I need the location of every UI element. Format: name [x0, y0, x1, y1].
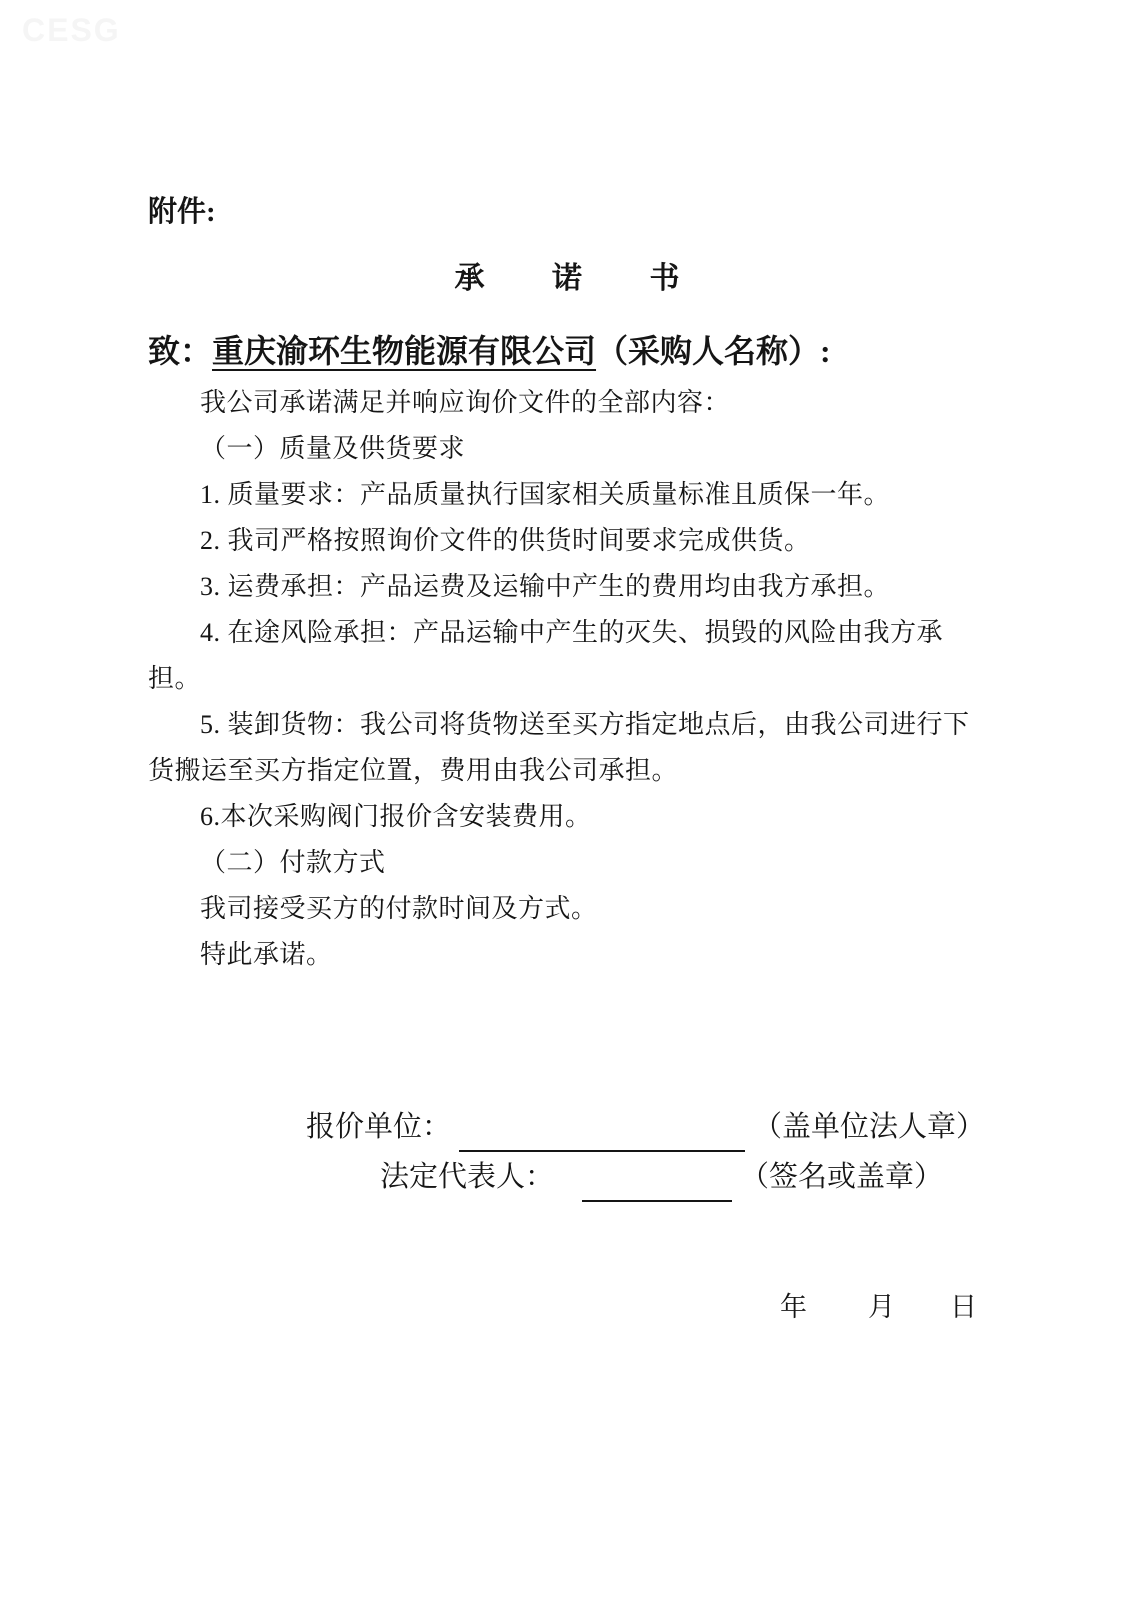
payment-paragraph: 我司接受买方的付款时间及方式。	[148, 886, 986, 932]
quote-unit-label: 报价单位：	[306, 1111, 451, 1143]
list-item-3: 3. 运费承担：产品运费及运输中产生的费用均由我方承担。	[148, 564, 986, 610]
quote-unit-blank-line	[459, 1118, 745, 1152]
section1-heading: （一）质量及供货要求	[148, 426, 986, 472]
date-month-label: 月	[868, 1284, 895, 1330]
list-item-6: 6.本次采购阀门报价含安装费用。	[148, 794, 986, 840]
legal-rep-note: （签名或盖章）	[740, 1161, 943, 1193]
attachment-label: 附件:	[148, 192, 986, 238]
legal-rep-blank-line	[582, 1168, 732, 1202]
recipient-prefix: 致：	[148, 333, 212, 369]
recipient-company-name: 重庆渝环生物能源有限公司	[212, 333, 596, 369]
date-year-label: 年	[780, 1284, 807, 1330]
date-line: 年月日	[780, 1284, 986, 1330]
quote-unit-row: 报价单位：（盖单位法人章）	[306, 1102, 986, 1152]
commitment-letter-page: CESG 附件: 承 诺 书 致：重庆渝环生物能源有限公司（采购人名称）: 我公…	[0, 0, 1131, 1600]
document-content: 附件: 承 诺 书 致：重庆渝环生物能源有限公司（采购人名称）: 我公司承诺满足…	[148, 192, 986, 1330]
signature-block: 报价单位：（盖单位法人章） 法定代表人：（签名或盖章）	[148, 1102, 986, 1202]
quote-unit-note: （盖单位法人章）	[753, 1111, 985, 1143]
legal-rep-row: 法定代表人：（签名或盖章）	[380, 1152, 986, 1202]
list-item-1: 1. 质量要求：产品质量执行国家相关质量标准且质保一年。	[148, 472, 986, 518]
recipient-suffix: （采购人名称）:	[596, 333, 831, 369]
date-day-label: 日	[950, 1284, 977, 1330]
letter-body: 我公司承诺满足并响应询价文件的全部内容： （一）质量及供货要求 1. 质量要求：…	[148, 380, 986, 978]
list-item-2: 2. 我司严格按照询价文件的供货时间要求完成供货。	[148, 518, 986, 564]
intro-paragraph: 我公司承诺满足并响应询价文件的全部内容：	[148, 380, 986, 426]
section2-heading: （二）付款方式	[148, 840, 986, 886]
cesg-watermark: CESG	[22, 12, 121, 49]
closing-paragraph: 特此承诺。	[148, 932, 986, 978]
recipient-line: 致：重庆渝环生物能源有限公司（采购人名称）:	[148, 328, 986, 380]
legal-rep-label: 法定代表人：	[380, 1161, 554, 1193]
document-title: 承 诺 书	[148, 256, 986, 302]
list-item-4: 4. 在途风险承担：产品运输中产生的灭失、损毁的风险由我方承担。	[148, 610, 986, 702]
list-item-5: 5. 装卸货物：我公司将货物送至买方指定地点后，由我公司进行下货搬运至买方指定位…	[148, 702, 986, 794]
